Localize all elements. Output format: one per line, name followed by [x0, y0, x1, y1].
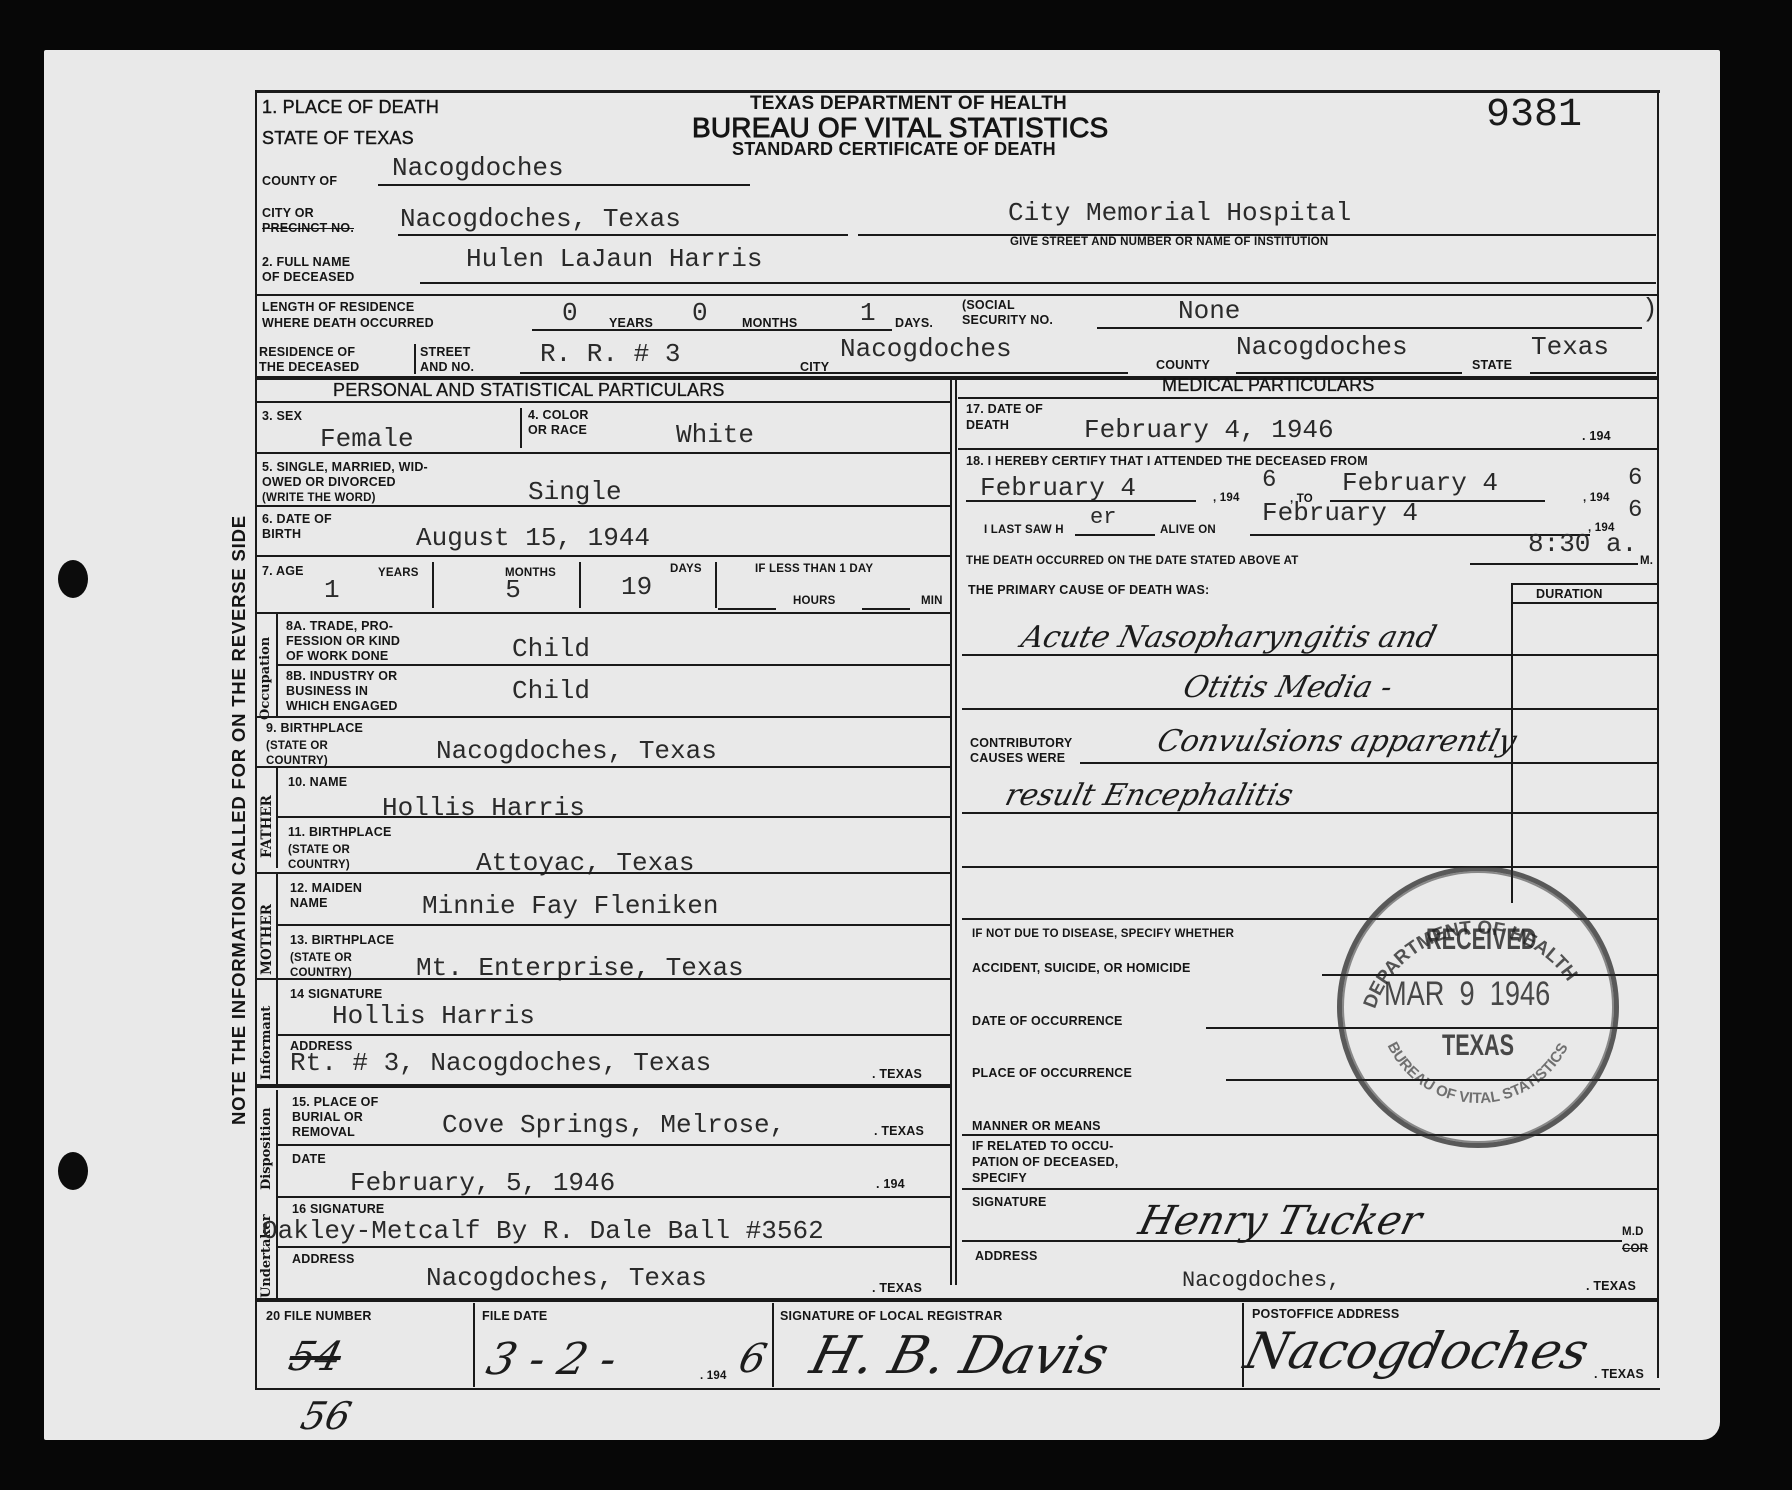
residence-divider: [414, 344, 416, 374]
mother-birthplace-label-2: (STATE OR: [290, 952, 352, 964]
divider: [278, 1034, 950, 1036]
divider: [1513, 602, 1658, 604]
color-label: 4. COLOR: [528, 409, 589, 422]
divider: [276, 1090, 278, 1300]
last-saw-label: I LAST SAW H: [984, 524, 1064, 536]
attended-from-year: 6: [1262, 468, 1276, 494]
burial-label-3: REMOVAL: [292, 1126, 355, 1139]
divider: [958, 448, 1658, 450]
father-birthplace-label: 11. BIRTHPLACE: [288, 826, 392, 839]
street-label: STREET: [420, 346, 471, 359]
last-saw-pronoun: er: [1090, 505, 1116, 531]
received-stamp: DEPARTMENT OF HEALTH BUREAU OF VITAL STA…: [1337, 866, 1619, 1148]
mother-maiden-label: 12. MAIDEN: [290, 882, 362, 895]
disposition-side-label: Disposition: [259, 1107, 274, 1190]
signature-underline: [962, 1240, 1622, 1242]
state-label: STATE OF TEXAS: [262, 131, 414, 146]
divider: [276, 980, 278, 1086]
attended-to-year: 6: [1628, 466, 1642, 492]
color-label-2: OR RACE: [528, 424, 587, 437]
cor-label: COR: [1622, 1243, 1648, 1255]
manner-label: MANNER OR MEANS: [972, 1120, 1101, 1133]
physician-signature-label: SIGNATURE: [972, 1196, 1047, 1209]
divider: [278, 664, 950, 666]
attended-to-year-label: , 194: [1583, 492, 1610, 504]
physician-signature: Henry Tucker: [1134, 1198, 1426, 1244]
death-time-suffix: M.: [1640, 555, 1653, 567]
divider: [278, 924, 950, 926]
residence-length-label-2: WHERE DEATH OCCURRED: [262, 317, 434, 330]
accident-label: ACCIDENT, SUICIDE, OR HOMICIDE: [972, 962, 1191, 975]
father-side-label: FATHER: [259, 795, 275, 858]
residence-state-label: STATE: [1472, 359, 1512, 372]
sex-label: 3. SEX: [262, 410, 302, 423]
reverse-side-note: NOTE THE INFORMATION CALLED FOR ON THE R…: [228, 515, 250, 1125]
contributory-label-2: CAUSES WERE: [970, 752, 1065, 765]
city-value: Nacogdoches, Texas: [400, 206, 681, 232]
divider: [256, 716, 950, 718]
trade-value: Child: [512, 636, 590, 662]
mother-maiden-label-2: NAME: [290, 897, 328, 910]
mother-maiden-value: Minnie Fay Fleniken: [422, 893, 718, 919]
marital-label-3: (WRITE THE WORD): [262, 492, 376, 504]
min-underline: [862, 608, 910, 610]
primary-cause-line-1: Acute Nasopharyngitis and: [1018, 620, 1440, 655]
personal-section-title: PERSONAL AND STATISTICAL PARTICULARS: [333, 383, 725, 398]
age-months-value: 5: [423, 577, 603, 603]
father-birthplace-label-3: COUNTRY): [288, 859, 350, 871]
burial-texas-suffix: . TEXAS: [874, 1125, 924, 1138]
full-name-label-2: OF DECEASED: [262, 271, 355, 284]
medical-section-title: MEDICAL PARTICULARS: [1162, 378, 1375, 393]
burial-year-suffix: . 194: [876, 1178, 905, 1191]
dod-label-2: DEATH: [966, 419, 1009, 432]
undertaker-signature-label: 16 SIGNATURE: [292, 1203, 384, 1216]
file-date-value: 3 - 2 -: [482, 1334, 622, 1385]
divider: [256, 401, 950, 403]
attended-from-value: February 4: [980, 475, 1136, 501]
residence-county-underline: [1236, 372, 1462, 374]
residence-length-label: LENGTH OF RESIDENCE: [262, 301, 414, 314]
occurrence-place-label: PLACE OF OCCURRENCE: [972, 1067, 1132, 1080]
death-time-underline: [1470, 563, 1638, 565]
residence-county-value: Nacogdoches: [1236, 334, 1408, 360]
residence-days-value: 1: [860, 300, 876, 326]
physician-address-value: Nacogdoches,: [1182, 1268, 1340, 1294]
dod-year-suffix: . 194: [1582, 430, 1611, 443]
industry-value: Child: [512, 678, 590, 704]
street-label-2: AND NO.: [420, 361, 474, 374]
cause-line: [1080, 762, 1658, 764]
county-underline: [378, 184, 750, 186]
postoffice-texas-suffix: . TEXAS: [1594, 1368, 1644, 1381]
burial-date-value: February, 5, 1946: [350, 1170, 615, 1196]
burial-label: 15. PLACE OF: [292, 1096, 378, 1109]
full-name-label: 2. FULL NAME: [262, 256, 350, 269]
residence-length-underline: [532, 329, 892, 331]
contributory-label: CONTRIBUTORY: [970, 737, 1072, 750]
institution-caption: GIVE STREET AND NUMBER OR NAME OF INSTIT…: [1010, 236, 1328, 248]
contributory-line-1: Convulsions apparently: [1154, 724, 1520, 759]
occurrence-date-label: DATE OF OCCURRENCE: [972, 1015, 1123, 1028]
undertaker-address-label: ADDRESS: [292, 1253, 355, 1266]
birthplace-label: 9. BIRTHPLACE: [266, 722, 363, 735]
full-name-underline: [420, 282, 1656, 284]
pronoun-underline: [1075, 534, 1155, 536]
last-saw-year: 6: [1628, 498, 1642, 524]
trade-label: 8A. TRADE, PRO-: [286, 620, 393, 633]
hours-underline: [718, 608, 776, 610]
marital-value: Single: [528, 479, 622, 505]
not-disease-label: IF NOT DUE TO DISEASE, SPECIFY WHETHER: [972, 928, 1234, 940]
divider: [276, 874, 278, 978]
days-label: DAYS.: [895, 317, 933, 330]
undertaker-address-value: Nacogdoches, Texas: [426, 1265, 707, 1291]
divider: [473, 1303, 475, 1387]
divider: [278, 816, 950, 818]
mother-birthplace-label: 13. BIRTHPLACE: [290, 934, 394, 947]
divider: [579, 562, 581, 608]
less-than-day-label: IF LESS THAN 1 DAY: [755, 563, 873, 575]
dob-label: 6. DATE OF: [262, 513, 332, 526]
age-years-label: YEARS: [378, 567, 419, 579]
divider: [256, 505, 950, 507]
ssn-underline: [1097, 327, 1642, 329]
bureau-title: BUREAU OF VITAL STATISTICS: [692, 114, 1108, 142]
occupation-related-label-3: SPECIFY: [972, 1172, 1027, 1185]
attended-from-year-label: , 194: [1213, 492, 1240, 504]
burial-value: Cove Springs, Melrose,: [442, 1112, 785, 1138]
cause-line: [962, 654, 1658, 656]
frame-bottom: [256, 1388, 1660, 1390]
birthplace-label-2: (STATE OR: [266, 740, 328, 752]
age-days-label: DAYS: [670, 563, 702, 575]
residence-city-label: CITY: [800, 361, 829, 374]
marital-label: 5. SINGLE, MARRIED, WID-: [262, 461, 428, 474]
residence-city-value: Nacogdoches: [840, 336, 1012, 362]
age-label: 7. AGE: [262, 565, 304, 578]
punch-hole: [58, 560, 88, 598]
stamp-date: MAR 9 1946: [1384, 975, 1550, 1014]
residence-city-underline: [838, 372, 1128, 374]
dod-label: 17. DATE OF: [966, 403, 1043, 416]
registrar-signature: H. B. Davis: [805, 1326, 1115, 1386]
informant-signature-label: 14 SIGNATURE: [290, 988, 382, 1001]
informant-side-label: Informant: [259, 1006, 274, 1080]
occupation-related-label-2: PATION OF DECEASED,: [972, 1156, 1118, 1169]
burial-label-2: BURIAL OR: [292, 1111, 363, 1124]
occupation-related-label: IF RELATED TO OCCU-: [972, 1140, 1114, 1153]
last-saw-date: February 4: [1262, 500, 1418, 526]
divider: [278, 1144, 950, 1146]
county-label: COUNTY OF: [262, 175, 337, 188]
age-days-value: 19: [621, 574, 652, 600]
file-number-label: 20 FILE NUMBER: [266, 1310, 372, 1323]
death-time-value: 8:30 a.: [1528, 531, 1637, 557]
divider: [962, 1188, 1658, 1190]
primary-cause-line-2: Otitis Media -: [1180, 670, 1396, 705]
informant-texas-suffix: . TEXAS: [872, 1068, 922, 1081]
city-underline: [398, 234, 848, 236]
place-of-death-label: 1. PLACE OF DEATH: [262, 100, 439, 115]
divider: [256, 555, 950, 557]
ssn-label: (SOCIAL: [962, 299, 1015, 312]
divider: [715, 562, 717, 608]
residence-state-underline: [1530, 372, 1656, 374]
divider: [256, 978, 950, 980]
death-time-label: THE DEATH OCCURRED ON THE DATE STATED AB…: [966, 555, 1298, 567]
file-date-year-label: . 194: [700, 1370, 727, 1382]
county-value: Nacogdoches: [392, 155, 564, 181]
institution-value: City Memorial Hospital: [1008, 200, 1351, 226]
cause-line: [962, 866, 1658, 868]
stamp-state: TEXAS: [1442, 1029, 1514, 1063]
residence-label: RESIDENCE OF: [259, 346, 355, 359]
residence-label-2: THE DECEASED: [259, 361, 359, 374]
undertaker-texas-suffix: . TEXAS: [872, 1282, 922, 1295]
department-title: TEXAS DEPARTMENT OF HEALTH: [750, 96, 1067, 111]
frame-right: [1657, 92, 1659, 1378]
physician-address-label: ADDRESS: [975, 1250, 1038, 1263]
postoffice-value: Nacogdoches: [1239, 1322, 1595, 1380]
hours-label: HOURS: [793, 595, 836, 607]
residence-state-value: Texas: [1531, 334, 1609, 360]
primary-cause-label: THE PRIMARY CAUSE OF DEATH WAS:: [968, 584, 1209, 597]
divider: [278, 1246, 950, 1248]
ssn-close-paren: ): [1642, 296, 1658, 322]
trade-label-2: FESSION OR KIND: [286, 635, 400, 648]
divider: [256, 452, 950, 454]
punch-hole: [58, 1152, 88, 1190]
alive-on-label: ALIVE ON: [1160, 524, 1216, 536]
certificate-title: STANDARD CERTIFICATE OF DEATH: [732, 142, 1056, 157]
certificate-number: 9381: [1486, 96, 1582, 136]
frame-left: [255, 90, 257, 1390]
physician-texas-suffix: . TEXAS: [1586, 1280, 1636, 1293]
dob-value: August 15, 1944: [416, 525, 650, 551]
duration-top-line: [1512, 583, 1658, 585]
ssn-label-2: SECURITY NO.: [962, 314, 1053, 327]
name-row-divider: [256, 294, 1658, 296]
father-birthplace-label-2: (STATE OR: [288, 844, 350, 856]
residence-years-value: 0: [562, 300, 578, 326]
street-underline: [520, 372, 842, 374]
divider: [520, 408, 522, 448]
divider: [278, 1196, 950, 1198]
divider: [256, 1084, 950, 1088]
informant-address-value: Rt. # 3, Nacogdoches, Texas: [290, 1050, 711, 1076]
cause-line: [962, 708, 1658, 710]
mother-side-label: MOTHER: [259, 904, 275, 975]
dob-label-2: BIRTH: [262, 528, 301, 541]
burial-date-label: DATE: [292, 1153, 326, 1166]
stamp-received: RECEIVED: [1426, 923, 1536, 957]
column-divider: [950, 380, 952, 1285]
trade-label-3: OF WORK DONE: [286, 650, 388, 663]
industry-label: 8B. INDUSTRY OR: [286, 670, 397, 683]
attended-to-value: February 4: [1342, 470, 1498, 496]
attended-from-underline: [966, 500, 1196, 502]
father-name-label: 10. NAME: [288, 776, 347, 789]
city-label: CITY OR: [262, 207, 314, 220]
registrar-label: SIGNATURE OF LOCAL REGISTRAR: [780, 1310, 1003, 1323]
occupation-side-label: Occupation: [258, 637, 273, 720]
divider: [256, 1298, 1658, 1302]
undertaker-signature-value: Oakley-Metcalf By R. Dale Ball #3562: [262, 1218, 824, 1244]
sex-value: Female: [320, 426, 414, 452]
file-date-label: FILE DATE: [482, 1310, 547, 1323]
residence-months-value: 0: [692, 300, 708, 326]
color-value: White: [676, 422, 754, 448]
divider: [772, 1303, 774, 1387]
marital-label-2: OWED OR DIVORCED: [262, 476, 396, 489]
contributory-line-2: result Encephalitis: [1002, 778, 1297, 813]
duration-label: DURATION: [1536, 588, 1603, 601]
ssn-value: None: [1178, 298, 1240, 324]
informant-signature-value: Hollis Harris: [332, 1003, 535, 1029]
cause-line: [962, 812, 1658, 814]
birthplace-value: Nacogdoches, Texas: [436, 738, 717, 764]
min-label: MIN: [921, 595, 943, 607]
divider: [256, 612, 950, 614]
dod-value: February 4, 1946: [1084, 417, 1334, 443]
street-value: R. R. # 3: [540, 341, 680, 367]
residence-county-label: COUNTY: [1156, 359, 1210, 372]
age-years-value: 1: [324, 577, 340, 603]
divider: [958, 397, 1658, 399]
full-name-value: Hulen LaJaun Harris: [466, 246, 762, 272]
divider: [276, 768, 278, 868]
postoffice-label: POSTOFFICE ADDRESS: [1252, 1308, 1399, 1321]
certify-label: 18. I HEREBY CERTIFY THAT I ATTENDED THE…: [966, 455, 1368, 468]
divider: [256, 766, 950, 768]
industry-label-3: WHICH ENGAGED: [286, 700, 398, 713]
precinct-label: PRECINCT NO.: [262, 222, 354, 235]
industry-label-2: BUSINESS IN: [286, 685, 368, 698]
column-divider-2: [955, 380, 957, 1285]
divider: [256, 872, 950, 874]
md-label: M.D: [1622, 1226, 1644, 1238]
